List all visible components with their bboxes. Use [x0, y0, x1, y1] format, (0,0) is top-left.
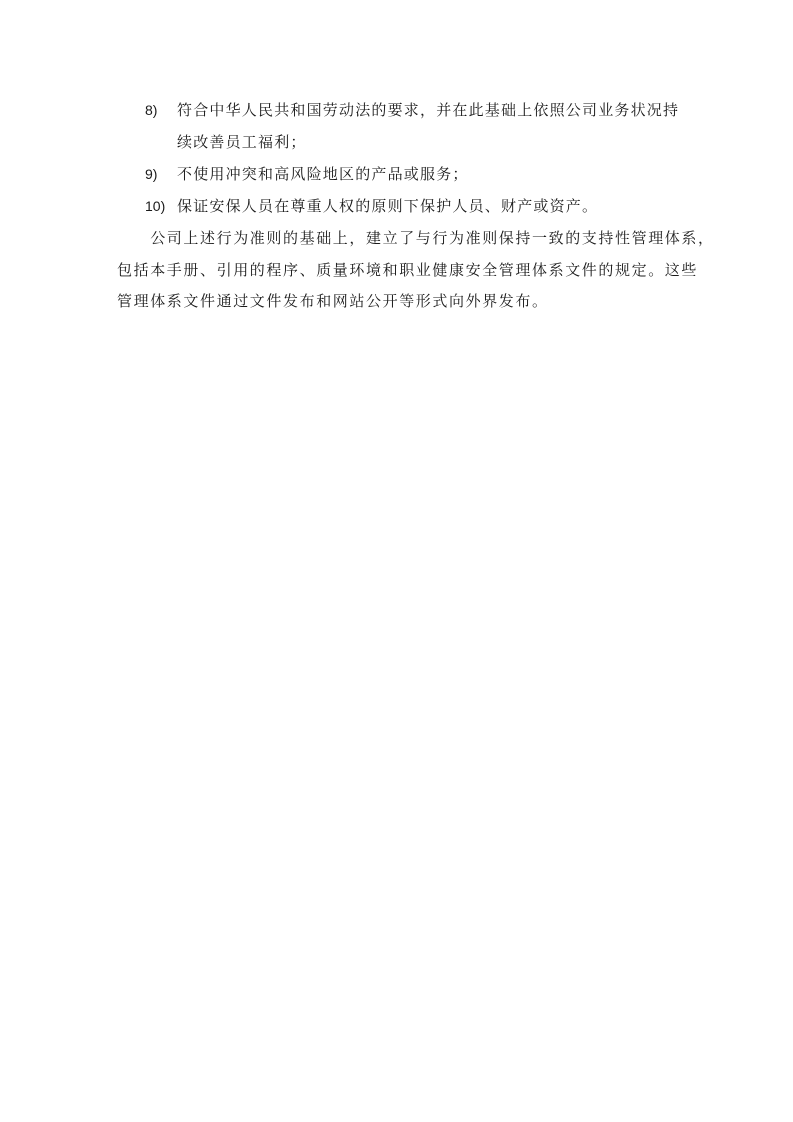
list-text-line: 续改善员工福利；: [177, 132, 307, 152]
list-text-line: 符合中华人民共和国劳动法的要求，并在此基础上依照公司业务状况持: [177, 100, 679, 120]
list-text-line: 保证安保人员在尊重人权的原则下保护人员、财产或资产。: [177, 196, 598, 216]
body-paragraph-line: 管理体系文件通过文件发布和网站公开等形式向外界发布。: [117, 291, 549, 311]
list-number: 8): [145, 100, 157, 120]
body-paragraph-line: 公司上述行为准则的基础上，建立了与行为准则保持一致的支持性管理体系，: [117, 228, 715, 248]
body-paragraph-line: 包括本手册、引用的程序、质量环境和职业健康安全管理体系文件的规定。这些: [117, 260, 698, 280]
document-page: 8) 符合中华人民共和国劳动法的要求，并在此基础上依照公司业务状况持 续改善员工…: [0, 0, 793, 1122]
list-number: 9): [145, 164, 157, 184]
list-text-line: 不使用冲突和高风险地区的产品或服务；: [177, 164, 469, 184]
list-number: 10): [145, 196, 165, 216]
